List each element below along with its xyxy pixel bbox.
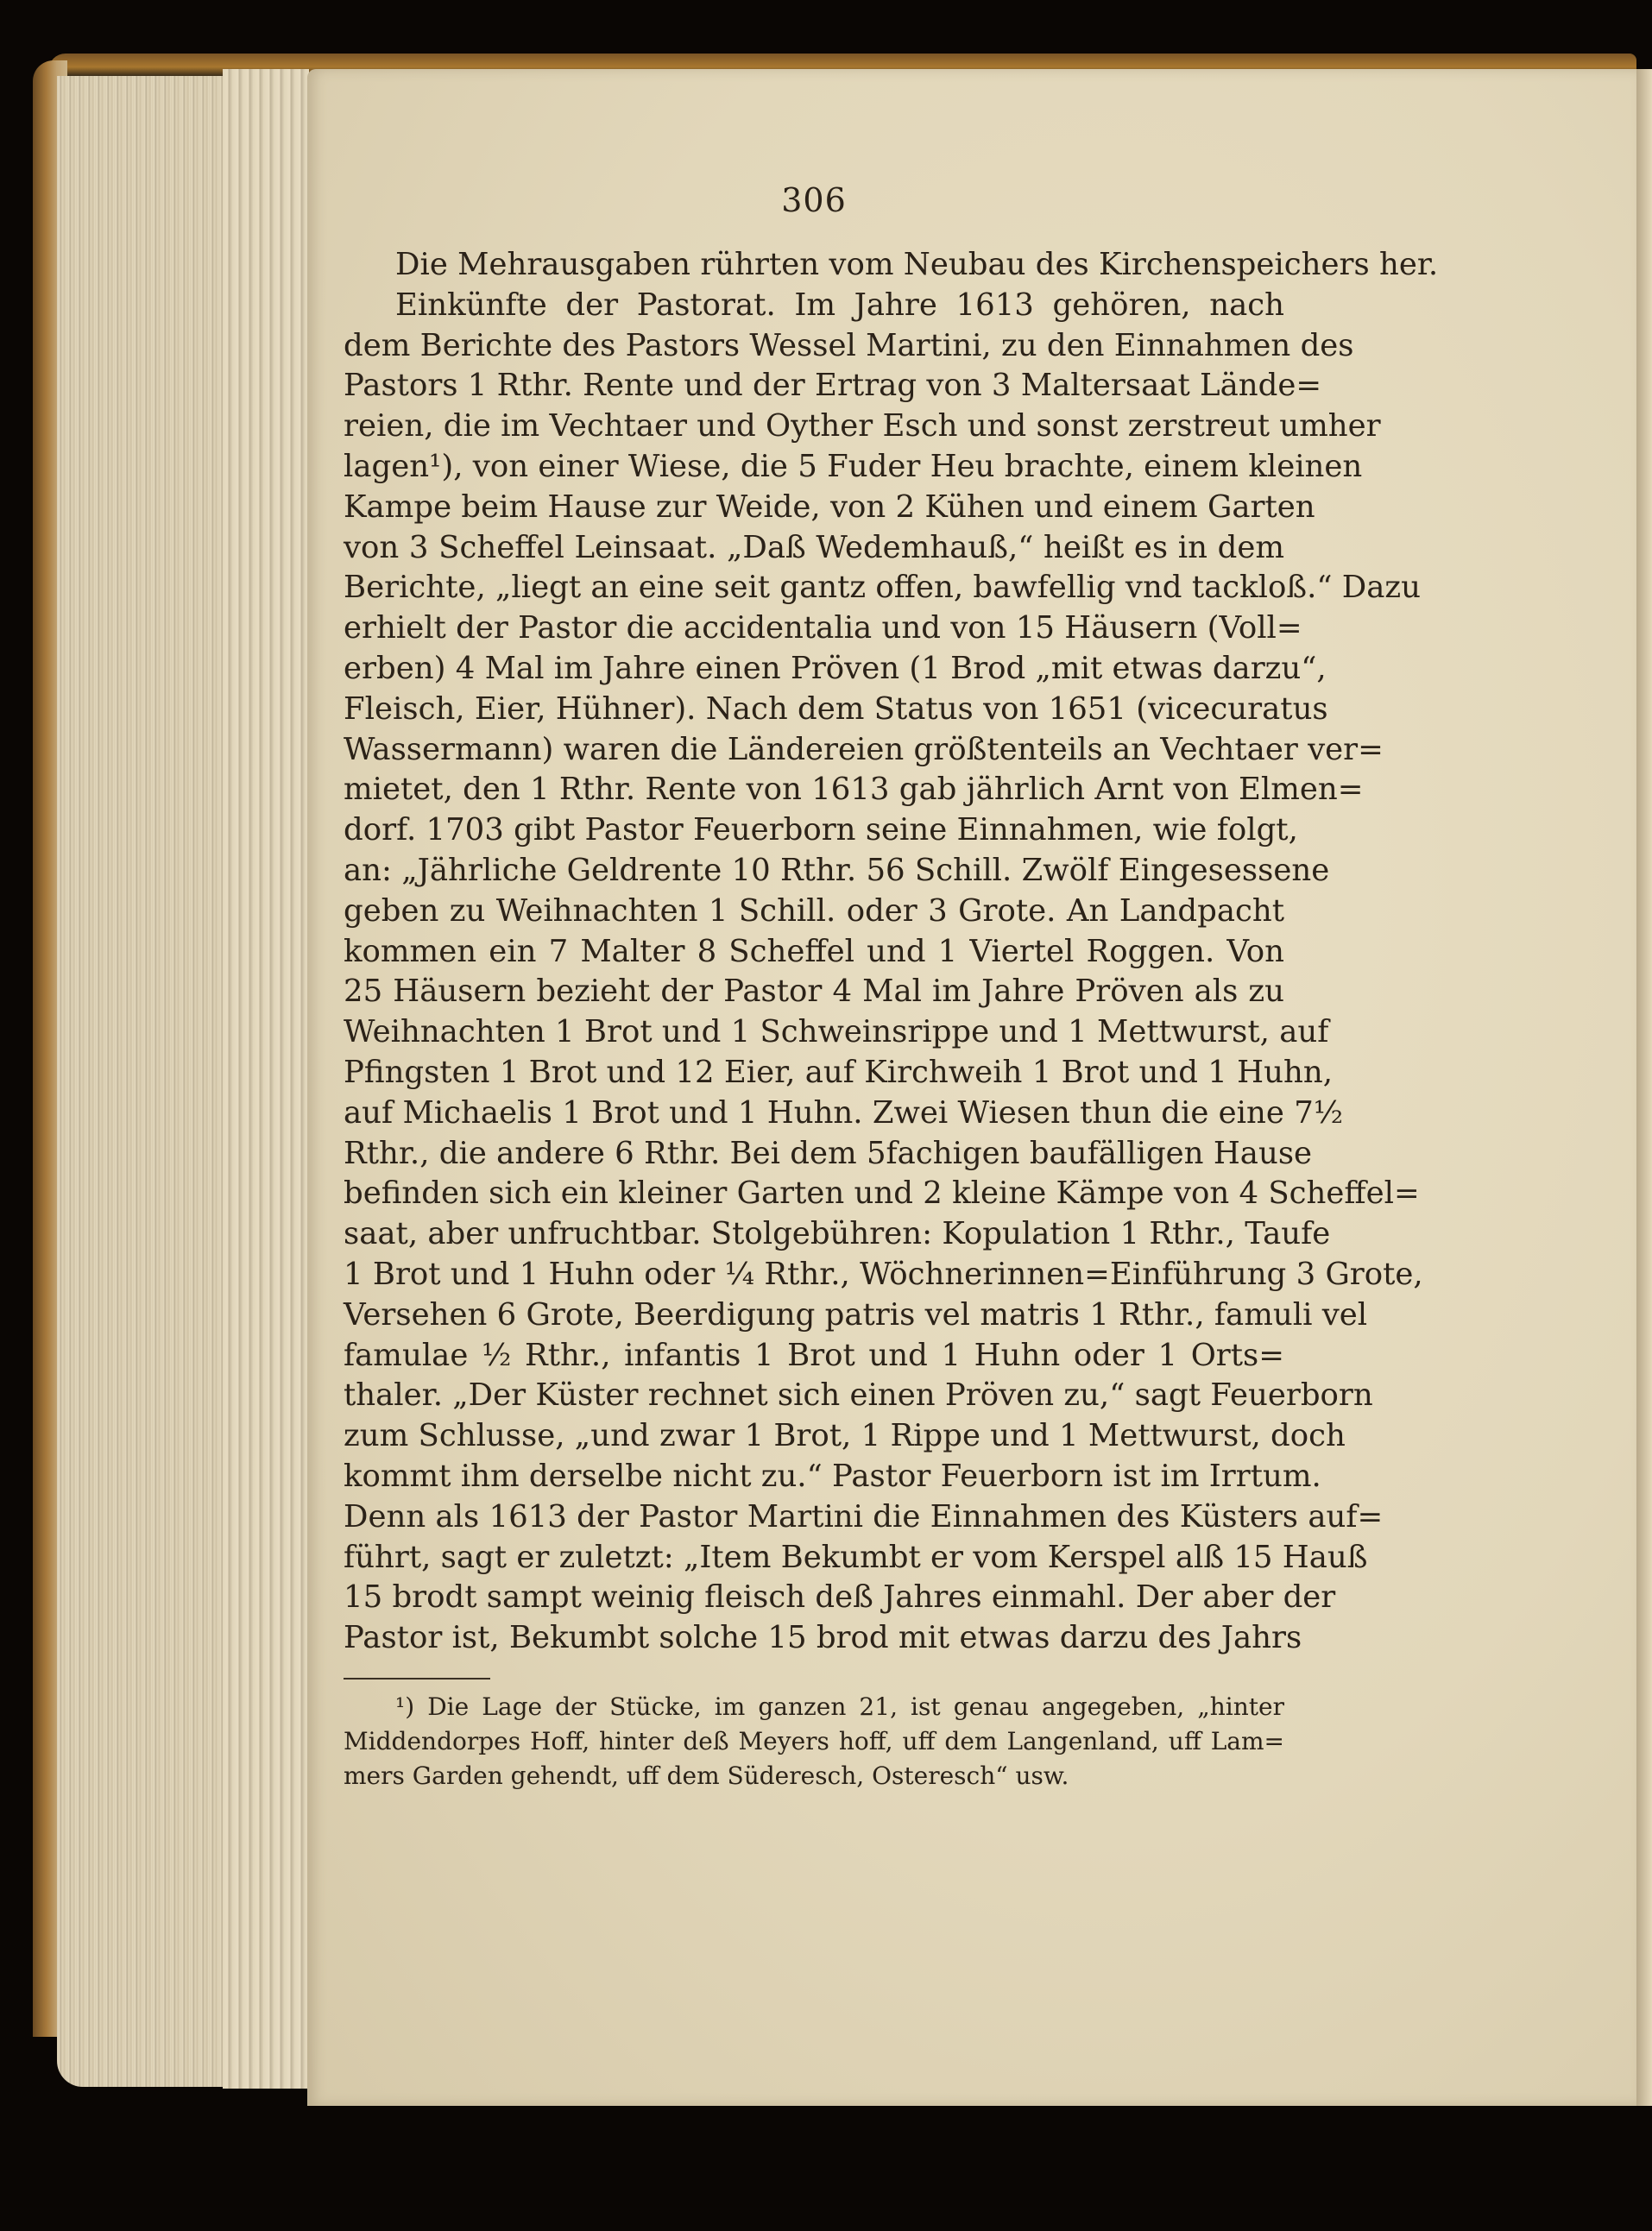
page-number: 306 [344,183,1284,217]
body-line: saat, aber unfruchtbar. Stolgebühren: Ko… [344,1214,1284,1255]
body-line: Pastor ist, Bekumbt solche 15 brod mit e… [344,1618,1284,1659]
body-line: Wassermann) waren die Ländereien größten… [344,730,1284,771]
section-heading-line: Einkünfte der Pastorat. Im Jahre 1613 ge… [344,286,1284,326]
footnote-line: mers Garden gehendt, uff dem Süderesch, … [344,1759,1284,1793]
footnote-line: Middendorpes Hoff, hinter deß Meyers hof… [344,1724,1284,1759]
page-text-block: 306 Die Mehrausgaben rührten vom Neubau … [344,183,1284,1793]
body-line: famulae ½ Rthr., infantis 1 Brot und 1 H… [344,1336,1284,1377]
footnote-line: ¹) Die Lage der Stücke, im ganzen 21, is… [344,1690,1284,1724]
body-line: Berichte, „liegt an eine seit gantz offe… [344,568,1284,608]
page-stack-inner-edges [223,69,309,2089]
body-line: Versehen 6 Grote, Beerdigung patris vel … [344,1295,1284,1336]
footnote: ¹) Die Lage der Stücke, im ganzen 21, is… [344,1690,1284,1793]
body-line-footnote-ref: lagen¹), von einer Wiese, die 5 Fuder He… [344,447,1284,488]
body-text: Die Mehrausgaben rührten vom Neubau des … [344,245,1284,1659]
body-line: Die Mehrausgaben rührten vom Neubau des … [344,245,1284,286]
body-line: zum Schlusse, „und zwar 1 Brot, 1 Rippe … [344,1416,1284,1457]
footnote-divider [344,1678,490,1680]
body-line: 15 brodt sampt weinig fleisch deß Jahres… [344,1578,1284,1618]
body-line: 1 Brot und 1 Huhn oder ¼ Rthr., Wöchneri… [344,1255,1284,1295]
body-line: geben zu Weihnachten 1 Schill. oder 3 Gr… [344,892,1284,932]
body-line: Pfingsten 1 Brot und 12 Eier, auf Kirchw… [344,1053,1284,1093]
body-line: führt, sagt er zuletzt: „Item Bekumbt er… [344,1538,1284,1579]
body-line: an: „Jährliche Geldrente 10 Rthr. 56 Sch… [344,851,1284,892]
next-page-edge [1636,69,1652,2106]
body-line: dorf. 1703 gibt Pastor Feuerborn seine E… [344,810,1284,851]
body-line: erhielt der Pastor die accidentalia und … [344,608,1284,649]
body-line: kommt ihm derselbe nicht zu.“ Pastor Feu… [344,1457,1284,1497]
body-line: thaler. „Der Küster rechnet sich einen P… [344,1376,1284,1416]
body-line: dem Berichte des Pastors Wessel Martini,… [344,326,1284,367]
body-line: Pastors 1 Rthr. Rente und der Ertrag von… [344,366,1284,406]
body-line: 25 Häusern bezieht der Pastor 4 Mal im J… [344,972,1284,1012]
body-line: von 3 Scheffel Leinsaat. „Daß Wedemhauß,… [344,528,1284,569]
body-line: reien, die im Vechtaer und Oyther Esch u… [344,406,1284,447]
body-line: erben) 4 Mal im Jahre einen Pröven (1 Br… [344,649,1284,690]
body-line: kommen ein 7 Malter 8 Scheffel und 1 Vie… [344,932,1284,973]
body-line: Denn als 1613 der Pastor Martini die Ein… [344,1497,1284,1538]
body-line: Fleisch, Eier, Hühner). Nach dem Status … [344,690,1284,730]
body-line: Rthr., die andere 6 Rthr. Bei dem 5fachi… [344,1134,1284,1175]
body-line: befinden sich ein kleiner Garten und 2 k… [344,1174,1284,1214]
body-line: mietet, den 1 Rthr. Rente von 1613 gab j… [344,770,1284,810]
body-line: Weihnachten 1 Brot und 1 Schweinsrippe u… [344,1012,1284,1053]
body-line: auf Michaelis 1 Brot und 1 Huhn. Zwei Wi… [344,1093,1284,1134]
body-line: Kampe beim Hause zur Weide, von 2 Kühen … [344,488,1284,528]
